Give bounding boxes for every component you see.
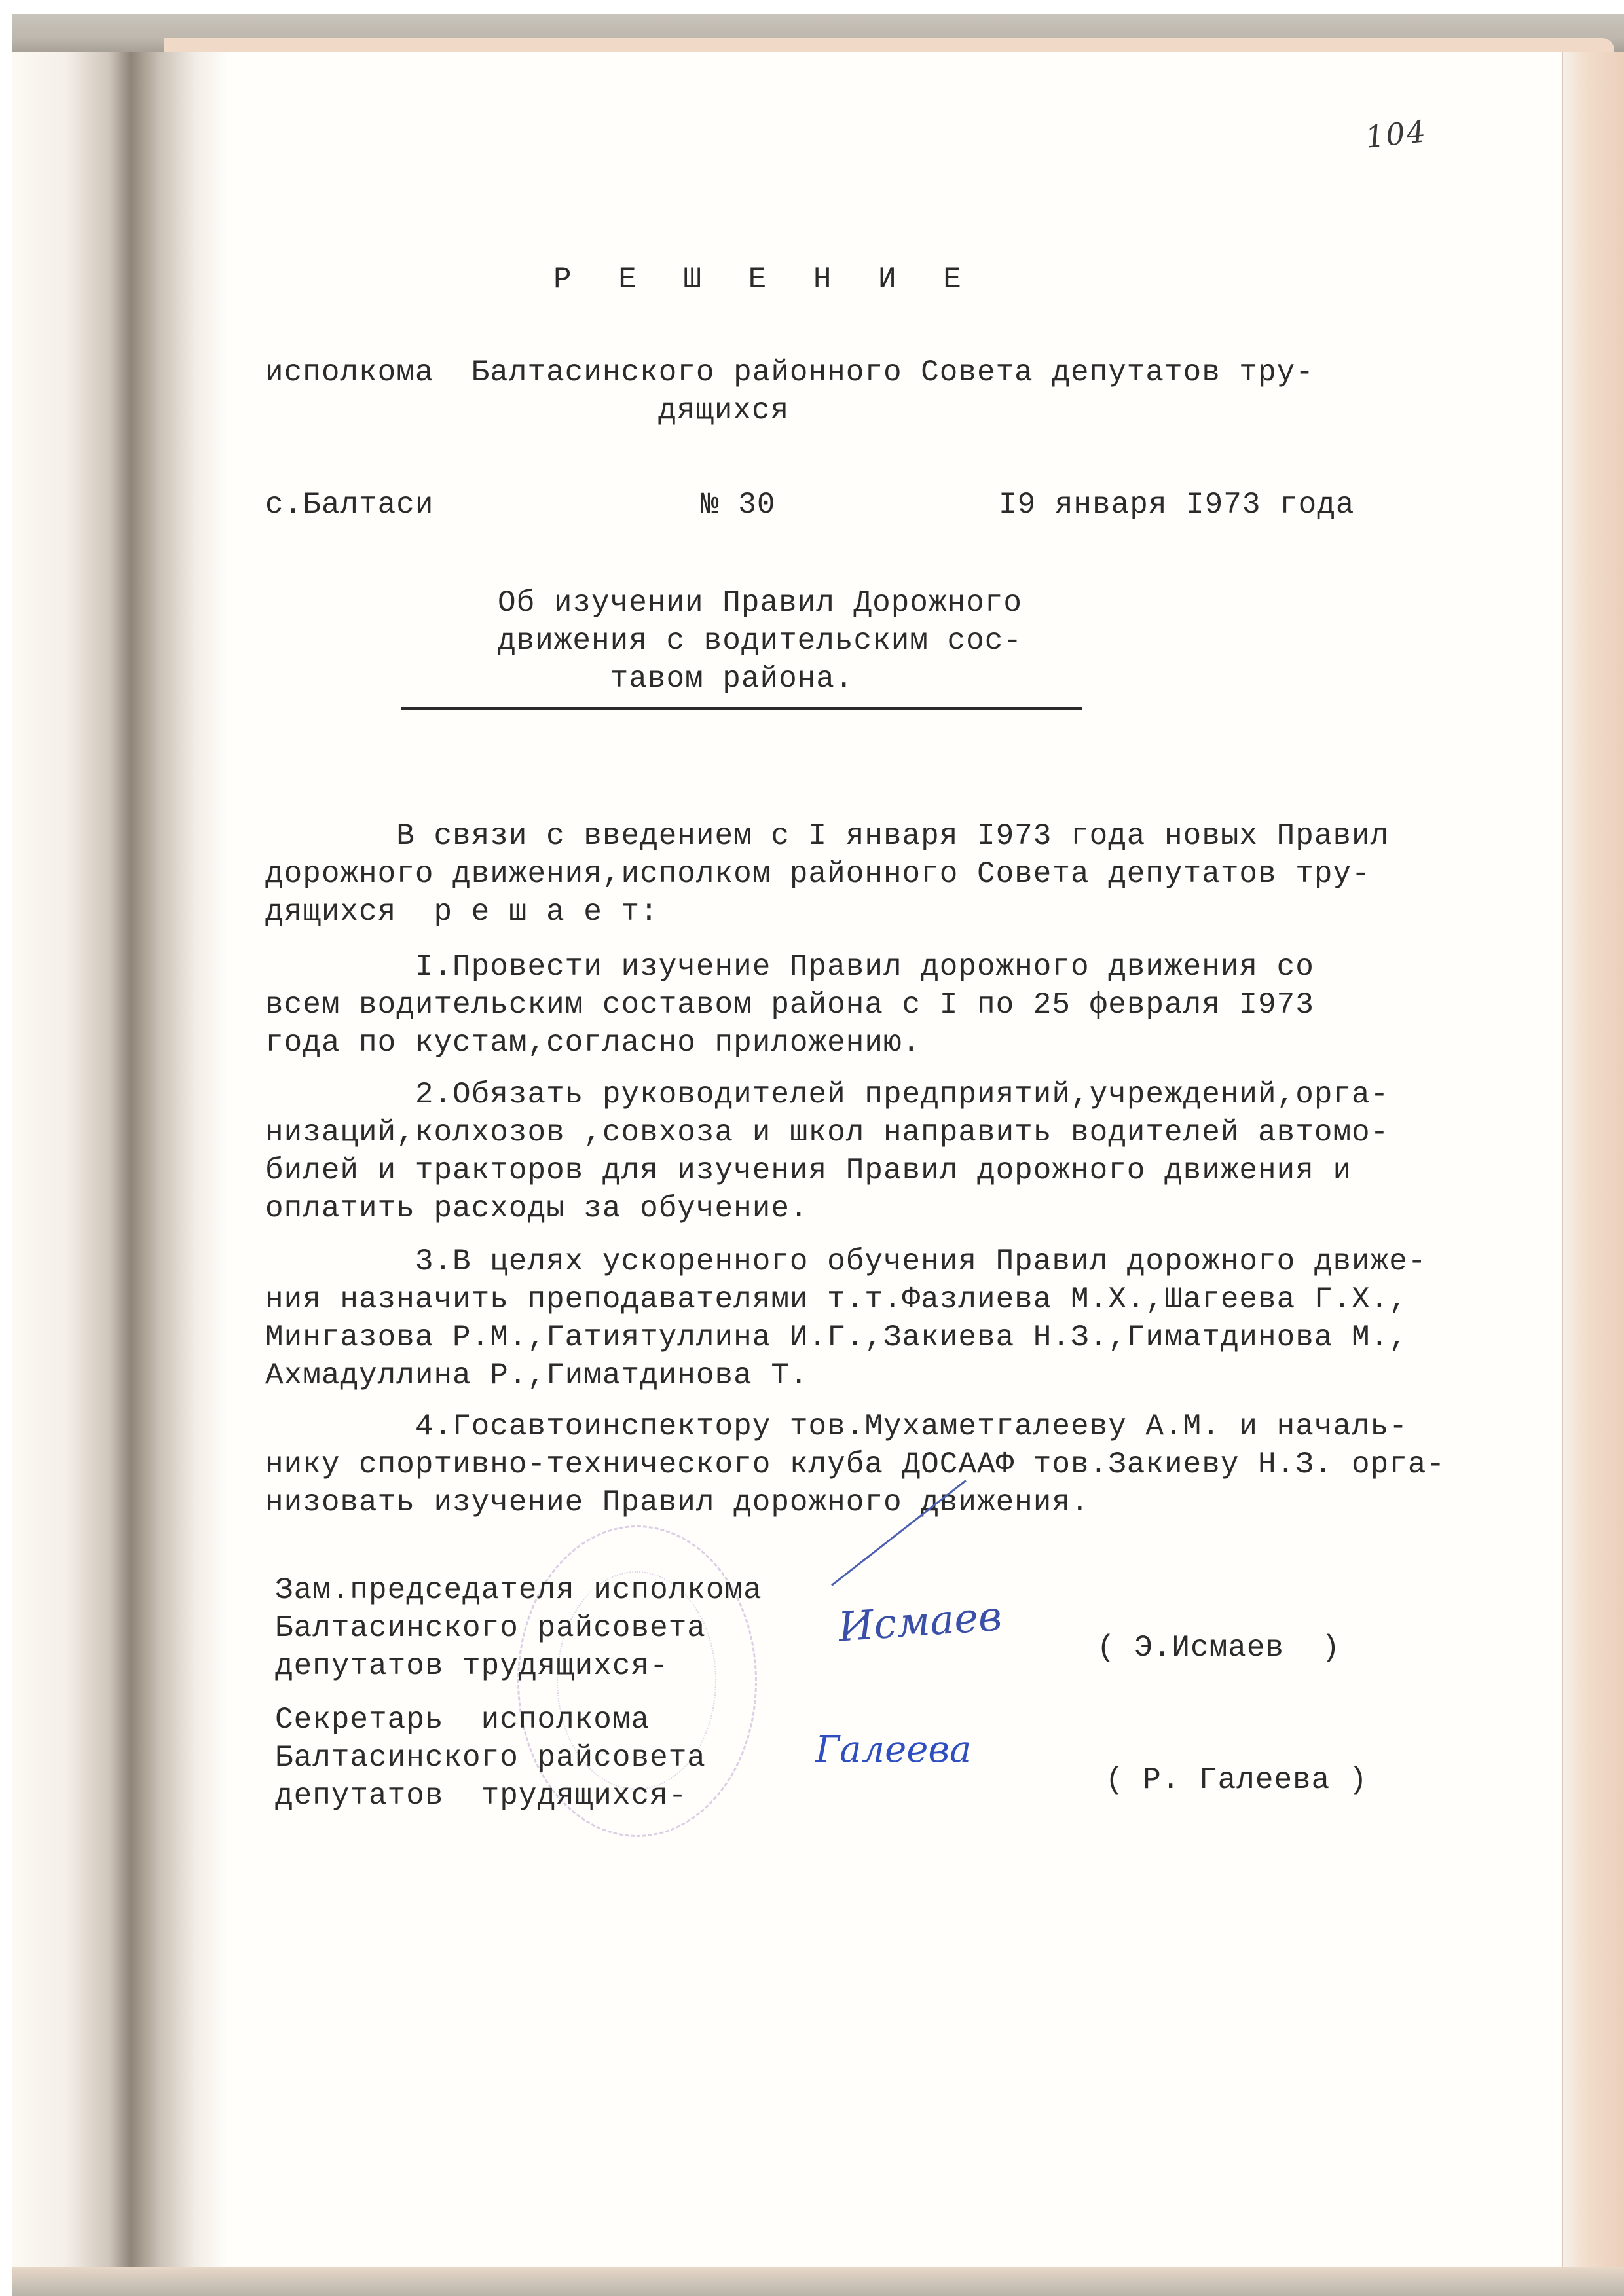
handwritten-signature-2: Галеева bbox=[815, 1728, 971, 1771]
signatory-2-name: ( Р. Галеева ) bbox=[1105, 1761, 1367, 1799]
subject-heading: Об изучении Правил Дорожного движения с … bbox=[498, 584, 1022, 698]
folder-bottom-edge bbox=[12, 2267, 1624, 2296]
resolution-item-2: 2.Обязать руководителей предприятий,учре… bbox=[265, 1076, 1389, 1228]
document-date: I9 января I973 года bbox=[999, 486, 1355, 524]
signatory-1-position: Зам.председателя исполкома Балтасинского… bbox=[275, 1571, 762, 1685]
signatory-2-position: Секретарь исполкома Балтасинского райсов… bbox=[275, 1701, 706, 1815]
issuer-line-2: дящихся bbox=[658, 392, 789, 429]
folio-number: 104 bbox=[1363, 113, 1428, 155]
divider-rule bbox=[401, 707, 1082, 710]
preamble-paragraph: В связи с введением с I января I973 года… bbox=[265, 817, 1389, 931]
resolution-item-3: 3.В целях ускоренного обучения Правил до… bbox=[265, 1243, 1426, 1394]
resolution-item-4: 4.Госавтоинспектору тов.Мухаметгалееву А… bbox=[265, 1408, 1445, 1522]
issuer-line-1: исполкома Балтасинского районного Совета… bbox=[265, 354, 1314, 392]
document-title: Р Е Ш Е Н И Е bbox=[553, 261, 976, 299]
page-edges bbox=[1562, 52, 1624, 2269]
resolution-item-1: I.Провести изучение Правил дорожного дви… bbox=[265, 948, 1314, 1062]
signatory-1-name: ( Э.Исмаев ) bbox=[1097, 1629, 1340, 1667]
binding-spine bbox=[12, 52, 228, 2269]
place: с.Балтаси bbox=[265, 486, 434, 524]
document-number: № 30 bbox=[701, 486, 775, 524]
